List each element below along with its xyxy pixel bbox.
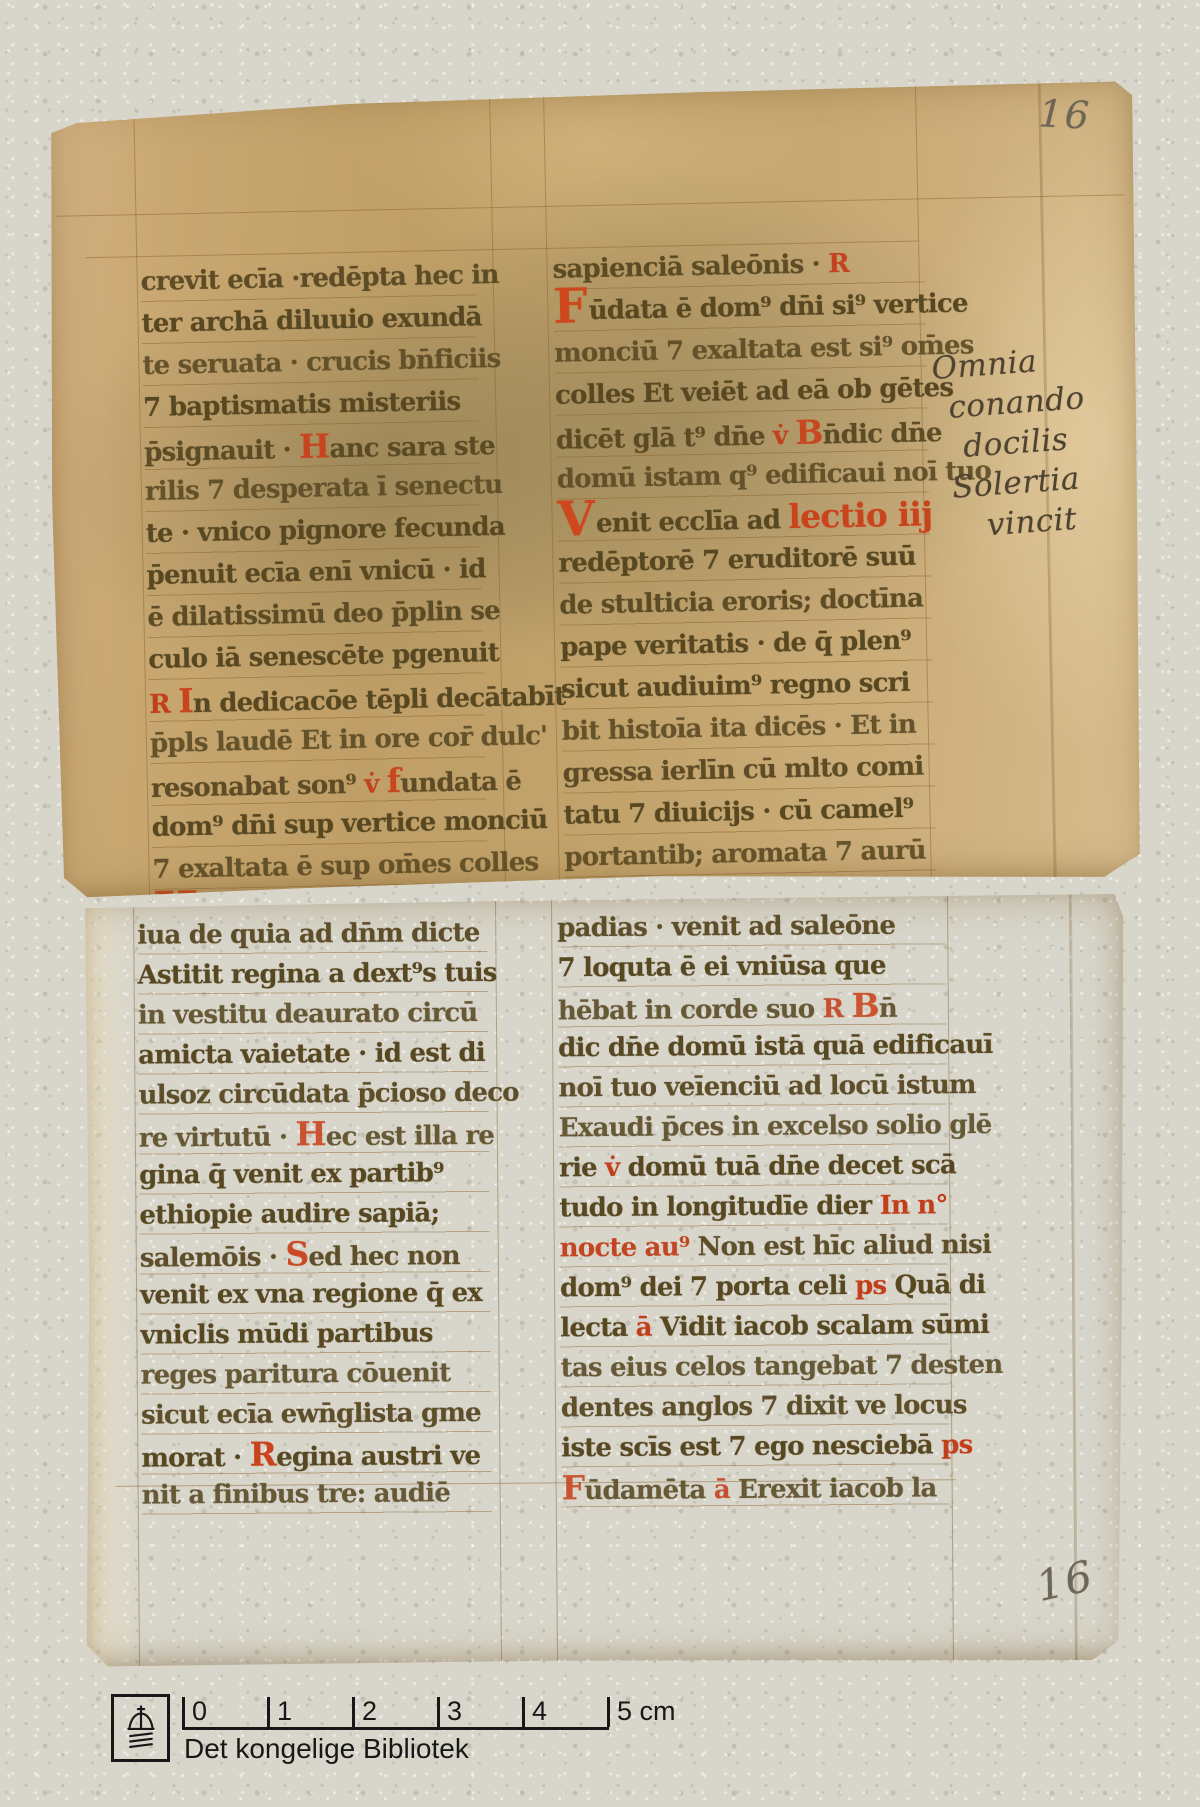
text-segment: S — [285, 1234, 308, 1273]
text-segment: gina q̄ venit ex partib⁹ — [139, 1158, 444, 1190]
manuscript-text-line: in vestitu deaurato circū — [138, 993, 488, 1036]
manuscript-text-line: Fūdata ē dom⁹ dn̄i si⁹ vertice — [553, 283, 926, 332]
manuscript-text-line: sapienciā saleōnis · R — [552, 241, 925, 290]
text-segment: ps — [941, 1430, 972, 1460]
manuscript-text-line: dom⁹ dn̄i sup vertice monciū — [151, 800, 487, 849]
text-segment: undata ē — [400, 767, 521, 799]
text-segment: ed hec non — [308, 1241, 459, 1272]
manuscript-text-line: gressa ierlīn cū mlto comi — [562, 745, 935, 794]
text-segment: 7 exaltata ē sup om̄es colles — [152, 847, 538, 885]
manuscript-text-line: dicēt glā t⁹ dn̄e v̇ Bn̄dic dn̄e — [556, 409, 929, 458]
manuscript-text-line: 7 exaltata ē sup om̄es colles — [152, 842, 488, 891]
text-segment: I — [178, 681, 193, 720]
text-segment: v̇ — [773, 421, 796, 451]
text-segment: p̄pls laudē Et in ore cor̄ dulc' — [150, 721, 548, 759]
manuscript-text-line: sicut audiuim⁹ regno scri — [561, 661, 934, 710]
text-segment: iste scīs est 7 ego nesciebā — [561, 1430, 941, 1463]
text-segment: portantib; aromata 7 aurū — [564, 835, 926, 872]
text-segment: hēbat in corde suo — [558, 994, 823, 1026]
manuscript-text-line: Exaudi p̄ces in excelso solio glē — [559, 1105, 947, 1148]
text-segment: dic dn̄e domū istā quā edificauī — [558, 1030, 993, 1063]
manuscript-text-line: amicta vaietate · id est di — [138, 1033, 488, 1076]
text-segment: te seruata · crucis bn̄ficiis — [142, 344, 501, 381]
manuscript-text-line: dentes anglos 7 dixit ve locus — [561, 1385, 949, 1428]
text-segment: ūdata ē dom⁹ dn̄i si⁹ vertice — [588, 289, 968, 327]
manuscript-text-line: tas eius celos tangebat 7 desten — [561, 1345, 949, 1388]
text-segment: tatu 7 diuicijs · cū camel⁹ — [563, 794, 913, 831]
manuscript-text-line: vniclis mūdi partibus — [140, 1313, 490, 1356]
ruler-tick-label: 5 cm — [617, 1696, 676, 1727]
manuscript-text-line: tatu 7 diuicijs · cū camel⁹ — [563, 787, 936, 836]
ruler-tick: 0 — [182, 1697, 185, 1727]
manuscript-text-line: Venit ecclīa ad lectio iij — [557, 493, 930, 542]
manuscript-fragment-bottom: iua de quia ad dn̄m dicteAstitit regina … — [81, 894, 1129, 1668]
manuscript-text-line: R In dedicacōe tēpli decātabīt — [149, 674, 485, 723]
manuscript-text-line: reges paritura cōuenit — [141, 1353, 491, 1396]
text-segment: ulsoz circūdata p̄cioso deco — [138, 1078, 518, 1111]
manuscript-photo: crevit ecīa ·redēpta hec inter archā dil… — [0, 0, 1200, 1807]
text-segment: n dedicacōe tēpli decātabīt — [193, 682, 566, 719]
manuscript-text-line: morat · Regina austri ve — [141, 1433, 491, 1476]
text-segment: H — [299, 426, 330, 466]
manuscript-text-line: domū istam q⁹ edificaui noī tuo — [556, 451, 929, 500]
text-segment: redēptorē 7 eruditorē suū — [558, 542, 916, 579]
manuscript-text-line: 7 loquta ē ei vniūsa que — [557, 945, 945, 988]
text-segment: 7 baptismatis misteriis — [143, 387, 461, 423]
manuscript-text-line: Fūdamēta ā Erexit iacob la — [561, 1465, 949, 1508]
manuscript-text-line: p̄pls laudē Et in ore cor̄ dulc' — [150, 716, 486, 765]
text-segment: v̇ — [364, 769, 387, 799]
ruler-tick: 5 cm — [607, 1697, 610, 1727]
text-segment: ps — [855, 1271, 895, 1301]
manuscript-text-line: iua de quia ad dn̄m dicte — [137, 913, 487, 956]
manuscript-text-line: gina q̄ venit ex partib⁹ — [139, 1153, 489, 1196]
text-segment: tudo in longitudīe dier — [559, 1191, 879, 1224]
text-segment: ethiopie audire sapiā; — [139, 1198, 439, 1230]
manuscript-text-line: portantib; aromata 7 aurū — [564, 829, 937, 878]
manuscript-text-line: colles Et veiēt ad eā ob gētes — [555, 367, 928, 416]
text-segment: ē dilatissimū deo p̄plin se — [147, 596, 500, 633]
ruler-tick: 3 — [437, 1697, 440, 1727]
text-segment: re virtutū · — [139, 1122, 296, 1153]
text-segment: Vidit iacob scalam sūmi — [660, 1310, 989, 1343]
text-segment: domū istam q⁹ edificaui noī tuo — [556, 456, 991, 495]
manuscript-text-line: monciū 7 exaltata est si⁹ om̄es — [554, 325, 927, 374]
manuscript-text-line: de stulticia eroris; doctīna — [559, 577, 932, 626]
text-segment: ec est illa re — [326, 1121, 494, 1152]
text-segment: padias · venit ad saleōne — [557, 911, 895, 944]
manuscript-text-line: rie v̇ domū tuā dn̄e decet scā — [559, 1145, 947, 1188]
text-segment: vniclis mūdi partibus — [140, 1318, 432, 1350]
manuscript-text-line: ē dilatissimū deo p̄plin se — [147, 590, 483, 639]
ruler: 012345 cm — [182, 1697, 609, 1730]
text-column-right: padias · venit ad saleōne7 loquta ē ei v… — [557, 905, 950, 1510]
manuscript-text-line: resonabat son⁹ v̇ fundata ē — [150, 758, 486, 807]
manuscript-text-line: rilis 7 desperata ī senectu — [145, 464, 481, 513]
text-segment: morat · — [141, 1443, 249, 1474]
text-column-left: crevit ecīa ·redēpta hec inter archā dil… — [140, 254, 488, 937]
manuscript-text-line: hēbat in corde suo R Bn̄ — [558, 985, 946, 1028]
manuscript-text-line: redēptorē 7 eruditorē suū — [558, 535, 931, 584]
manuscript-text-line: re virtutū · Hec est illa re — [139, 1113, 489, 1156]
text-segment: amicta vaietate · id est di — [138, 1038, 485, 1071]
manuscript-text-line: nocte au⁹ Non est hīc aliud nisi — [560, 1225, 948, 1268]
text-segment: dom⁹ dn̄i sup vertice monciū — [151, 805, 547, 843]
text-segment: noī tuo veīenciū ad locū istum — [558, 1070, 975, 1103]
text-segment: salemōis · — [140, 1243, 286, 1274]
ruler-tick: 1 — [267, 1697, 270, 1727]
text-segment: ūdamēta — [584, 1475, 714, 1506]
manuscript-text-line: 7 baptismatis misteriis — [143, 380, 479, 429]
text-segment: V — [557, 491, 595, 548]
text-segment: R — [249, 1435, 276, 1474]
text-segment: monciū 7 exaltata est si⁹ om̄es — [554, 330, 974, 368]
manuscript-text-line: dom⁹ dei 7 porta celi ps Quā di — [560, 1265, 948, 1308]
text-segment: domū tuā dn̄e decet scā — [628, 1150, 957, 1183]
text-segment: Quā di — [894, 1270, 985, 1301]
ruler-tick-label: 4 — [532, 1696, 547, 1727]
ruler-tick-label: 3 — [447, 1696, 462, 1727]
text-segment: rie — [559, 1153, 605, 1183]
manuscript-text-line: padias · venit ad saleōne — [557, 905, 945, 948]
folio-number: 16 — [1032, 1551, 1099, 1611]
ruler-tick-label: 1 — [277, 1696, 292, 1727]
library-logo — [111, 1694, 170, 1762]
text-segment: tas eius celos tangebat 7 desten — [561, 1350, 1003, 1383]
manuscript-text-line: tudo in longitudīe dier In n° — [559, 1185, 947, 1228]
ruler-tick-label: 2 — [362, 1696, 377, 1727]
text-segment: crevit ecīa ·redēpta hec in — [140, 260, 498, 297]
text-segment: p̄enuit ecīa enī vnicū · id — [146, 554, 486, 591]
text-segment: Non est hīc aliud nisi — [697, 1230, 991, 1262]
ruler-tick: 2 — [352, 1697, 355, 1727]
manuscript-text-line: venit ex vna regione q̄ ex — [140, 1273, 490, 1316]
text-segment: enit ecclīa ad — [596, 505, 789, 539]
text-segment: resonabat son⁹ — [151, 770, 365, 804]
text-column-right: sapienciā saleōnis · RFūdata ē dom⁹ dn̄i… — [552, 241, 937, 924]
text-segment: ā — [714, 1475, 739, 1505]
manuscript-text-line: Astitit regina a dext⁹s tuis — [137, 953, 487, 996]
margin-annotation: OmniaconandodocilisSolertiavincit — [930, 333, 1159, 548]
text-segment: dom⁹ dei 7 porta celi — [560, 1271, 855, 1303]
text-segment: nocte au⁹ — [560, 1232, 698, 1263]
text-segment: f — [386, 761, 400, 800]
text-segment: R — [149, 689, 179, 720]
manuscript-text-line: te · vnico pignore fecunda — [145, 506, 481, 555]
manuscript-text-line: iste scīs est 7 ego nesciebā ps — [561, 1425, 949, 1468]
manuscript-text-line: noī tuo veīenciū ad locū istum — [558, 1065, 946, 1108]
text-segment: B — [795, 412, 823, 452]
text-segment: anc sara ste — [329, 431, 495, 464]
manuscript-text-line: crevit ecīa ·redēpta hec in — [140, 254, 476, 303]
text-segment: R — [823, 994, 852, 1024]
manuscript-text-line: culo iā senescēte pgenuit — [148, 632, 484, 681]
text-segment: sicut audiuim⁹ regno scri — [561, 668, 910, 705]
text-segment: sicut ecīa ewn̄glista gme — [141, 1398, 481, 1431]
parchment-light-strip — [81, 902, 139, 1668]
parchment-fold-line — [1069, 894, 1078, 1660]
ruler-tick-label: 0 — [192, 1696, 207, 1727]
text-column-left: iua de quia ad dn̄m dicteAstitit regina … — [137, 913, 492, 1518]
text-segment: B — [852, 986, 879, 1025]
text-segment: v̇ — [605, 1153, 628, 1183]
manuscript-text-line: dic dn̄e domū istā quā edificauī — [558, 1025, 946, 1068]
manuscript-text-line: salemōis · Sed hec non — [140, 1233, 490, 1276]
text-segment: rilis 7 desperata ī senectu — [145, 470, 503, 507]
manuscript-text-line: pape veritatis · de q̄ plen⁹ — [560, 619, 933, 668]
manuscript-text-line: ethiopie audire sapiā; — [139, 1193, 489, 1236]
text-segment: n̄dic dn̄e — [822, 418, 942, 450]
manuscript-text-line: nit a finibus tre: audiē — [142, 1473, 492, 1516]
text-segment: egina austri ve — [276, 1441, 480, 1473]
text-segment: sapienciā saleōnis · — [552, 249, 828, 285]
text-segment: Exaudi p̄ces in excelso solio glē — [559, 1110, 992, 1143]
text-segment: H — [295, 1114, 326, 1153]
manuscript-text-line: ulsoz circūdata p̄cioso deco — [138, 1073, 488, 1116]
text-segment: dicēt glā t⁹ dn̄e — [556, 421, 774, 455]
text-segment: F — [553, 278, 587, 335]
text-segment: Astitit regina a dext⁹s tuis — [137, 958, 496, 991]
crown-icon — [123, 1704, 159, 1752]
text-segment: F — [561, 1468, 584, 1507]
folio-number: 16 — [1038, 91, 1092, 138]
manuscript-text-line: p̄enuit ecīa enī vnicū · id — [146, 548, 482, 597]
ruling-vertical-line — [495, 899, 502, 1665]
manuscript-text-line: te seruata · crucis bn̄ficiis — [142, 338, 478, 387]
manuscript-text-line: lecta ā Vidit iacob scalam sūmi — [560, 1305, 948, 1348]
text-segment: R — [828, 249, 849, 279]
text-segment: pape veritatis · de q̄ plen⁹ — [560, 626, 911, 663]
text-segment: 7 loquta ē ei vniūsa que — [557, 951, 885, 984]
text-segment: iua de quia ad dn̄m dicte — [137, 918, 480, 951]
text-segment: culo iā senescēte pgenuit — [148, 638, 499, 675]
text-segment: gressa ierlīn cū mlto comi — [562, 751, 923, 788]
manuscript-fragment-top: crevit ecīa ·redēpta hec inter archā dil… — [44, 81, 1148, 898]
text-segment: In n° — [880, 1190, 948, 1221]
text-segment: lecta — [560, 1313, 636, 1344]
text-segment: n̄ — [879, 994, 897, 1024]
text-segment: te · vnico pignore fecunda — [146, 512, 506, 549]
text-segment: Erexit iacob la — [738, 1473, 937, 1505]
text-segment: bit histoīa ita dicēs · Et in — [562, 710, 917, 747]
text-segment: p̄signauit · — [144, 435, 300, 468]
text-segment: dentes anglos 7 dixit ve locus — [561, 1390, 967, 1423]
text-segment: de stulticia eroris; doctīna — [559, 583, 923, 620]
text-segment: colles Et veiēt ad eā ob gētes — [555, 373, 954, 411]
text-segment: venit ex vna regione q̄ ex — [140, 1278, 482, 1311]
manuscript-text-line: p̄signauit · Hanc sara ste — [144, 422, 480, 471]
library-name: Det kongelige Bibliotek — [184, 1733, 469, 1765]
text-segment: nit a finibus tre: audiē — [142, 1478, 451, 1510]
ruling-horizontal-line — [56, 194, 1124, 216]
text-segment: ter archā diluuio exundā — [141, 302, 482, 339]
manuscript-text-line: bit histoīa ita dicēs · Et in — [561, 703, 934, 752]
manuscript-text-line: ter archā diluuio exundā — [141, 296, 477, 345]
text-segment: in vestitu deaurato circū — [138, 998, 478, 1031]
text-segment: lectio iij — [788, 494, 933, 536]
manuscript-text-line: sicut ecīa ewn̄glista gme — [141, 1393, 491, 1436]
text-segment: ā — [636, 1313, 661, 1343]
text-segment: reges paritura cōuenit — [141, 1358, 451, 1390]
ruler-tick: 4 — [522, 1697, 525, 1727]
